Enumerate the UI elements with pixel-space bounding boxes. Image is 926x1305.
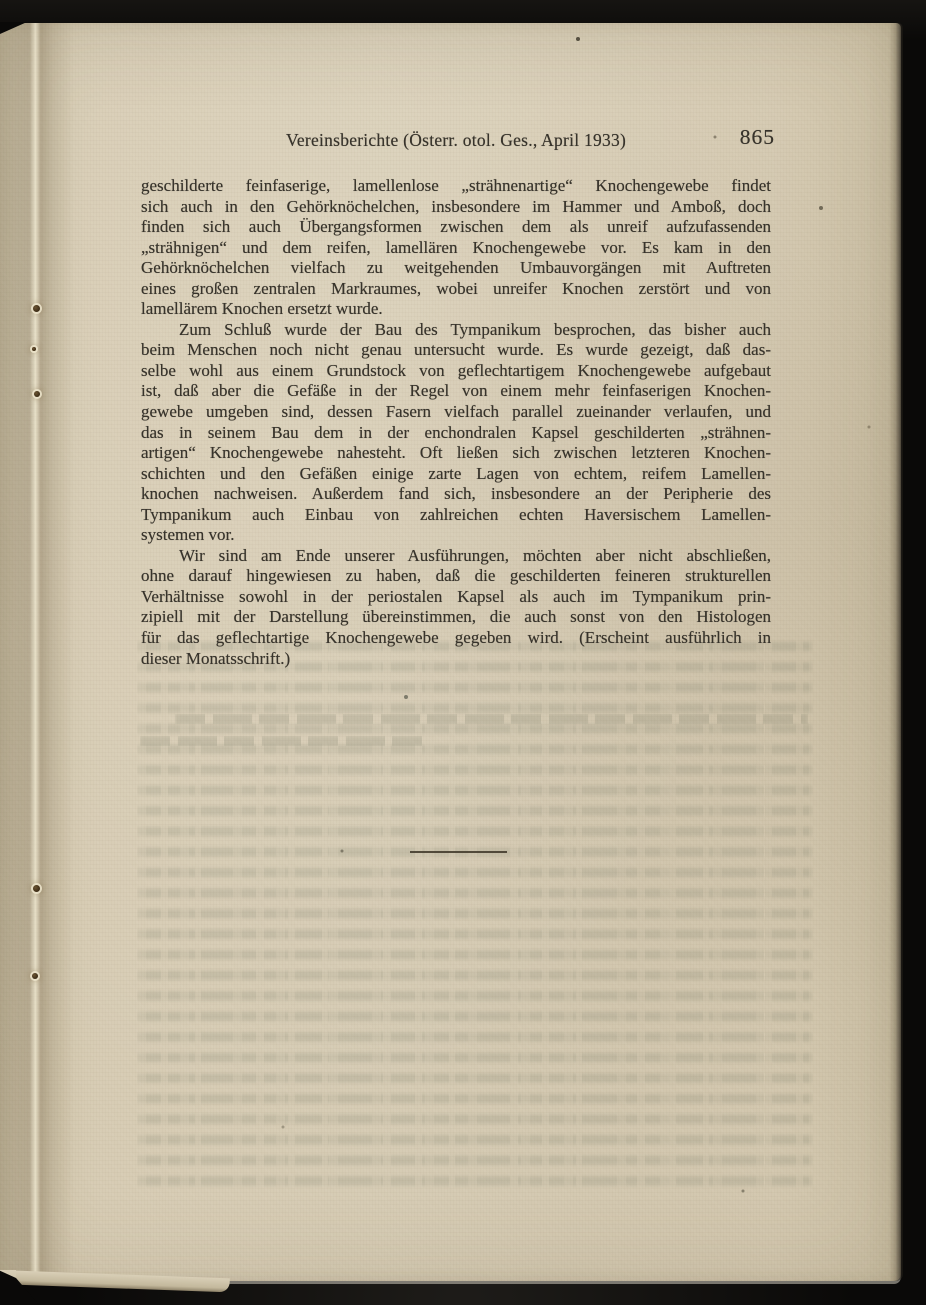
text-line: gewebe umgeben sind, dessen Fasern vielf… [141,402,771,423]
bleed-through-heading [140,736,427,746]
bleed-through-text [137,636,813,1188]
page-right-edge-shadow [889,23,903,1281]
text-line: Tympanikum auch Einbau von zahlreichen e… [141,505,771,526]
text-line: ohne darauf hingewiesen zu haben, daß di… [141,566,771,587]
text-line: systemen vor. [141,525,771,546]
text-line: Verhältnisse sowohl in der periostalen K… [141,587,771,608]
bleed-through-text [137,636,813,1188]
text-line: ist, daß aber die Gefäße in der Regel vo… [141,381,771,402]
binding-fold [0,23,74,1281]
text-line: Wir sind am Ende unserer Ausführungen, m… [141,546,771,567]
stitch-hole [34,391,40,397]
paragraph: geschilderte feinfaserige, lamellenlose … [141,176,771,320]
text-line: knochen nachweisen. Außerdem fand sich, … [141,484,771,505]
text-line: geschilderte feinfaserige, lamellenlose … [141,176,771,197]
text-line: selbe wohl aus einem Grundstock von gefl… [141,361,771,382]
text-line: finden sich auch Übergangsformen zwische… [141,217,771,238]
stitch-hole [32,973,38,979]
text-line: für das geflechtartige Knochengewebe geg… [141,628,771,649]
scanner-background: Vereinsberichte (Österr. otol. Ges., Apr… [0,0,926,1305]
text-line: sich auch in den Gehörknöchelchen, insbe… [141,197,771,218]
stitch-hole [33,885,40,892]
section-divider-rule [410,851,507,853]
stitch-hole [33,305,40,312]
text-line: das in seinem Bau dem in der enchondrale… [141,423,771,444]
scanned-page: Vereinsberichte (Österr. otol. Ges., Apr… [0,23,901,1281]
text-line: Gehörknöchelchen vielfach zu weitgehende… [141,258,771,279]
text-line: Zum Schluß wurde der Bau des Tympanikum … [141,320,771,341]
text-line: zipiell mit der Darstellung übereinstimm… [141,607,771,628]
paragraph: Wir sind am Ende unserer Ausführungen, m… [141,546,771,669]
text-line: schichten und den Gefäßen einige zarte L… [141,464,771,485]
text-line: lamellärem Knochen ersetzt wurde. [141,299,771,320]
text-line: artigen“ Knochengewebe nahesteht. Oft li… [141,443,771,464]
paragraph: Zum Schluß wurde der Bau des Tympanikum … [141,320,771,546]
body-text: geschilderte feinfaserige, lamellenlose … [141,176,771,669]
stitch-hole [32,347,36,351]
bleed-through-heading [175,714,808,724]
text-line: beim Menschen noch nicht genau untersuch… [141,340,771,361]
text-line: „strähnigen“ und dem reifen, lamellären … [141,238,771,259]
text-line: eines großen zentralen Markraumes, wobei… [141,279,771,300]
text-line: dieser Monatsschrift.) [141,649,771,670]
page-number: 865 [141,125,775,150]
